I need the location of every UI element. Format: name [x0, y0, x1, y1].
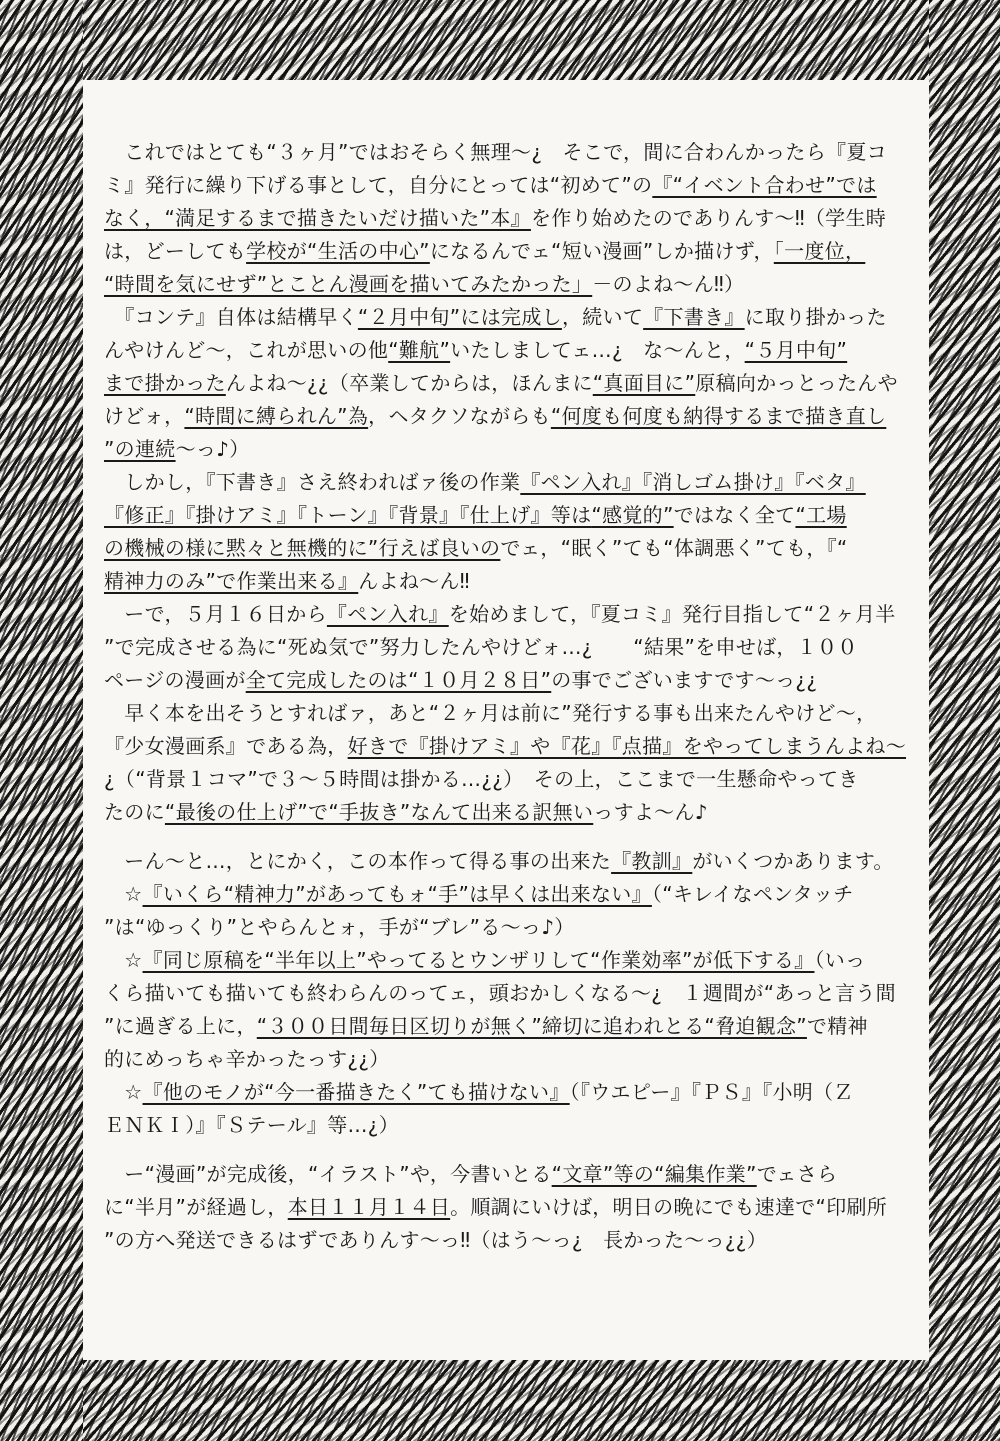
underlined-text: 好きで『掛けアミ』や『花』『点描』をやってしまうんよね～ — [348, 734, 906, 758]
text-segment: ＥＮＫＩ）』『Ｓテール』等…¿） — [104, 1113, 399, 1137]
underlined-text: 『他のモノが“今一番描きたく”ても描けない』 — [143, 1080, 570, 1104]
text-line: 『少女漫画系』である為，好きで『掛けアミ』や『花』『点描』をやってしまうんよね～ — [104, 730, 916, 763]
text-segment: ”は“ゆっくり”とやらんとォ，手が“ブレ”る～っ♪） — [104, 915, 575, 939]
text-segment: でェさら — [757, 1162, 838, 1186]
text-line: ー“漫画”が完成後，“イラスト”や，今書いとる“文章”等の“編集作業”でェさら — [104, 1158, 916, 1191]
text-line: んやけんど～，これが思いの他“難航”いたしましてェ…¿ な～んと，“５月中旬” — [104, 334, 916, 367]
text-segment: で精神 — [807, 1014, 868, 1038]
underlined-text: “時間に縛られん”為 — [184, 404, 368, 428]
text-segment: これではとても“３ヶ月”ではおそらく無理～¿ そこで，間に合わんかったら『夏コ — [104, 140, 887, 164]
underlined-text: 『“イベント合わせ”では — [652, 173, 876, 197]
text-line: 『コンテ』自体は結構早く“２月中旬”には完成し，続いて『下書き』に取り掛かった — [104, 301, 916, 334]
text-segment: たのに — [104, 800, 165, 824]
text-segment: しかし，『下書き』さえ終わればァ後の作業 — [104, 470, 520, 494]
text-segment: 早く本を出そうとすればァ，あと“２ヶ月は前に”発行する事も出来たんやけど～， — [104, 701, 876, 725]
text-line: ”で完成させる為に“死ぬ気で”努力したんやけどォ…¿ “結果”を申せば，１００ — [104, 631, 916, 664]
text-line: ”の方へ発送できるはずでありんす～っ‼（はう～っ¿ 長かった～っ¿¿） — [104, 1224, 916, 1257]
text-line: ーで，５月１６日から『ペン入れ』を始めまして，『夏コミ』発行目指して“２ヶ月半 — [104, 598, 916, 631]
text-segment: んよね～¿¿（卒業してからは，ほんまに — [226, 371, 593, 395]
underlined-text: “工場 — [795, 503, 846, 527]
text-segment: ☆ — [104, 948, 143, 972]
underlined-text: “５月中旬” — [745, 338, 848, 362]
text-segment: ”に過ぎる上に， — [104, 1014, 257, 1038]
underlined-text: ”の連続 — [104, 437, 176, 461]
underlined-text: まで掛かった — [104, 371, 226, 395]
text-line: 精神力のみ”で作業出来る』んよね～ん‼ — [104, 565, 916, 598]
text-segment: でェ，“眠く”ても“体調悪く”ても，『“ — [500, 536, 847, 560]
underlined-text: 『ペン入れ』 — [327, 602, 449, 626]
text-segment: ページの漫画が — [104, 668, 246, 692]
text-segment: 『コンテ』自体は結構早く — [104, 305, 358, 329]
scribble-border-right — [929, 0, 1000, 1441]
underlined-text: 『ペン入れ』『消しゴム掛け』『ベタ』 — [520, 470, 865, 494]
text-segment: （“キレイなペンタッチ — [652, 882, 854, 906]
text-segment: は，どーしても — [104, 239, 246, 263]
text-line: なく，“満足するまで描きたいだけ描いた”本』を作り始めたのでありんす～‼（学生時 — [104, 202, 916, 235]
underlined-text: “最後の仕上げ”で“手抜き”なんて出来る訳無い — [165, 800, 593, 824]
text-line: “時間を気にせず”とことん漫画を描いてみたかった」－のよね～ん‼） — [104, 268, 916, 301]
text-segment: （いっ — [814, 948, 865, 972]
text-line: ”の連続～っ♪） — [104, 433, 916, 466]
underlined-text: “何度も何度も納得するまで描き直し — [551, 404, 886, 428]
text-segment: くら描いても描いても終わらんのってェ，頭おかしくなる～¿ １週間が“あっと言う間 — [104, 981, 896, 1005]
underlined-text: “時間を気にせず”とことん漫画を描いてみたかった」 — [104, 272, 592, 296]
text-segment: ～っ♪） — [176, 437, 250, 461]
text-line: 『修正』『掛けアミ』『トーン』『背景』『仕上げ』等は“感覚的”ではなく全て“工場 — [104, 499, 916, 532]
text-segment: の事でございますです～っ¿¿ — [551, 668, 817, 692]
text-line: の機械の様に黙々と無機的に”行えば良いのでェ，“眠く”ても“体調悪く”ても，『“ — [104, 532, 916, 565]
underlined-text: 「一度位， — [774, 239, 866, 263]
text-segment: －のよね～ん‼） — [592, 272, 744, 296]
underlined-text: “真面目に” — [593, 371, 696, 395]
page-text: これではとても“３ヶ月”ではおそらく無理～¿ そこで，間に合わんかったら『夏コミ… — [104, 136, 916, 1257]
underlined-text: 『修正』『掛けアミ』『トーン』『背景』『仕上げ』等は — [104, 503, 591, 527]
underlined-text: なく，“満足するまで描きたいだけ描いた”本』 — [104, 206, 531, 230]
underlined-text: 『下書き』 — [643, 305, 745, 329]
text-line: ーん～と…，とにかく，この本作って得る事の出来た『教訓』がいくつかあります。 — [104, 845, 916, 878]
text-segment: を始めまして，『夏コミ』発行目指して“２ヶ月半 — [449, 602, 896, 626]
text-line: 早く本を出そうとすればァ，あと“２ヶ月は前に”発行する事も出来たんやけど～， — [104, 697, 916, 730]
text-segment: っすよ～ん♪ — [593, 800, 708, 824]
text-segment: ー“漫画”が完成後，“イラスト”や，今書いとる — [104, 1162, 552, 1186]
text-segment: （『ウエピー』『ＰＳ』『小明（Ｚ — [570, 1080, 854, 1104]
underlined-text: 精神力のみ”で作業出来る』 — [104, 569, 358, 593]
text-segment: ーん～と…，とにかく，この本作って得る事の出来た — [104, 849, 611, 873]
underlined-text: の機械の様に黙々と無機的に”行えば良いの — [104, 536, 500, 560]
text-line: けどォ，“時間に縛られん”為，ヘタクソながらも“何度も何度も納得するまで描き直し — [104, 400, 916, 433]
underlined-text: “感覚的” — [591, 503, 673, 527]
text-segment: 『少女漫画系』である為， — [104, 734, 348, 758]
text-line: しかし，『下書き』さえ終わればァ後の作業『ペン入れ』『消しゴム掛け』『ベタ』 — [104, 466, 916, 499]
text-line: ¿（“背景１コマ”で３～５時間は掛かる…¿¿） その上，ここまで一生懸命やってき — [104, 763, 916, 796]
text-segment: を作り始めたのでありんす～‼（学生時 — [531, 206, 886, 230]
text-segment: に“半月”が経過し， — [104, 1195, 288, 1219]
text-segment: 原稿向かっとったんや — [695, 371, 898, 395]
text-segment: ☆ — [104, 882, 143, 906]
underlined-text: 『いくら“精神力”があってもォ“手”は早くは出来ない』 — [143, 882, 652, 906]
underlined-text: 『教訓』 — [611, 849, 692, 873]
text-segment: ，ヘタクソながらも — [368, 404, 551, 428]
text-line: ”は“ゆっくり”とやらんとォ，手が“ブレ”る～っ♪） — [104, 911, 916, 944]
text-line: ☆『同じ原稿を“半年以上”やってるとウンザリして“作業効率”が低下する』（いっ — [104, 944, 916, 977]
text-line: ☆『他のモノが“今一番描きたく”ても描けない』（『ウエピー』『ＰＳ』『小明（Ｚ — [104, 1076, 916, 1109]
text-line: まで掛かったんよね～¿¿（卒業してからは，ほんまに“真面目に”原稿向かっとったん… — [104, 367, 916, 400]
text-line: 的にめっちゃ辛かったっす¿¿） — [104, 1043, 916, 1076]
scribble-border-top — [0, 0, 1000, 80]
text-line: これではとても“３ヶ月”ではおそらく無理～¿ そこで，間に合わんかったら『夏コ — [104, 136, 916, 169]
underlined-text: 本日１１月１４日 — [288, 1195, 450, 1219]
scribble-border-bottom — [0, 1360, 1000, 1441]
text-line: くら描いても描いても終わらんのってェ，頭おかしくなる～¿ １週間が“あっと言う間 — [104, 977, 916, 1010]
text-segment: に取り掛かった — [745, 305, 887, 329]
text-line: ”に過ぎる上に，“３００日間毎日区切りが無く”締切に追われとる“脅迫観念”で精神 — [104, 1010, 916, 1043]
underlined-text: 学校が“生活の中心” — [246, 239, 430, 263]
underlined-text: “文章”等の“編集作業” — [552, 1162, 757, 1186]
text-line: ☆『いくら“精神力”があってもォ“手”は早くは出来ない』（“キレイなペンタッチ — [104, 878, 916, 911]
text-segment: ”の方へ発送できるはずでありんす～っ‼（はう～っ¿ 長かった～っ¿¿） — [104, 1228, 767, 1252]
underlined-text: “３００日間毎日区切りが無く”締切に追われとる“脅迫観念” — [257, 1014, 807, 1038]
text-line: は，どーしても学校が“生活の中心”になるんでェ“短い漫画”しか描けず，「一度位， — [104, 235, 916, 268]
text-segment: ☆ — [104, 1080, 143, 1104]
text-segment: ”で完成させる為に“死ぬ気で”努力したんやけどォ…¿ “結果”を申せば，１００ — [104, 635, 858, 659]
text-segment: ミ』発行に繰り下げる事として，自分にとっては“初めて”の — [104, 173, 652, 197]
text-line: に“半月”が経過し，本日１１月１４日。順調にいけば，明日の晩にでも速達で“印刷所 — [104, 1191, 916, 1224]
text-segment: 。順調にいけば，明日の晩にでも速達で“印刷所 — [450, 1195, 887, 1219]
text-segment: ーで，５月１６日から — [104, 602, 327, 626]
text-segment: んよね～ん‼ — [358, 569, 470, 593]
text-line: ミ』発行に繰り下げる事として，自分にとっては“初めて”の『“イベント合わせ”では — [104, 169, 916, 202]
underlined-text: 全て完成したのは“１０月２８日” — [246, 668, 552, 692]
text-line: ＥＮＫＩ）』『Ｓテール』等…¿） — [104, 1109, 916, 1142]
text-line: ページの漫画が全て完成したのは“１０月２８日”の事でございますです～っ¿¿ — [104, 664, 916, 697]
text-segment: いたしましてェ…¿ な～んと， — [450, 338, 745, 362]
text-line: たのに“最後の仕上げ”で“手抜き”なんて出来る訳無いっすよ～ん♪ — [104, 796, 916, 829]
text-segment: になるんでェ“短い漫画”しか描けず， — [430, 239, 774, 263]
text-segment: がいくつかあります。 — [692, 849, 893, 873]
text-segment: 的にめっちゃ辛かったっす¿¿） — [104, 1047, 390, 1071]
scribble-border-left — [0, 0, 83, 1441]
text-segment: ¿（“背景１コマ”で３～５時間は掛かる…¿¿） その上，ここまで一生懸命やってき — [104, 767, 859, 791]
text-segment: んやけんど～，これが思いの他 — [104, 338, 388, 362]
scanned-page: これではとても“３ヶ月”ではおそらく無理～¿ そこで，間に合わんかったら『夏コミ… — [0, 0, 1000, 1441]
underlined-text: 『同じ原稿を“半年以上”やってるとウンザリして“作業効率”が低下する』 — [143, 948, 815, 972]
underlined-text: “難航” — [388, 338, 450, 362]
text-segment: ではなく全て — [674, 503, 796, 527]
underlined-text: “２月中旬”には完成し — [358, 305, 562, 329]
text-segment: けどォ， — [104, 404, 184, 428]
text-segment: ，続いて — [562, 305, 643, 329]
